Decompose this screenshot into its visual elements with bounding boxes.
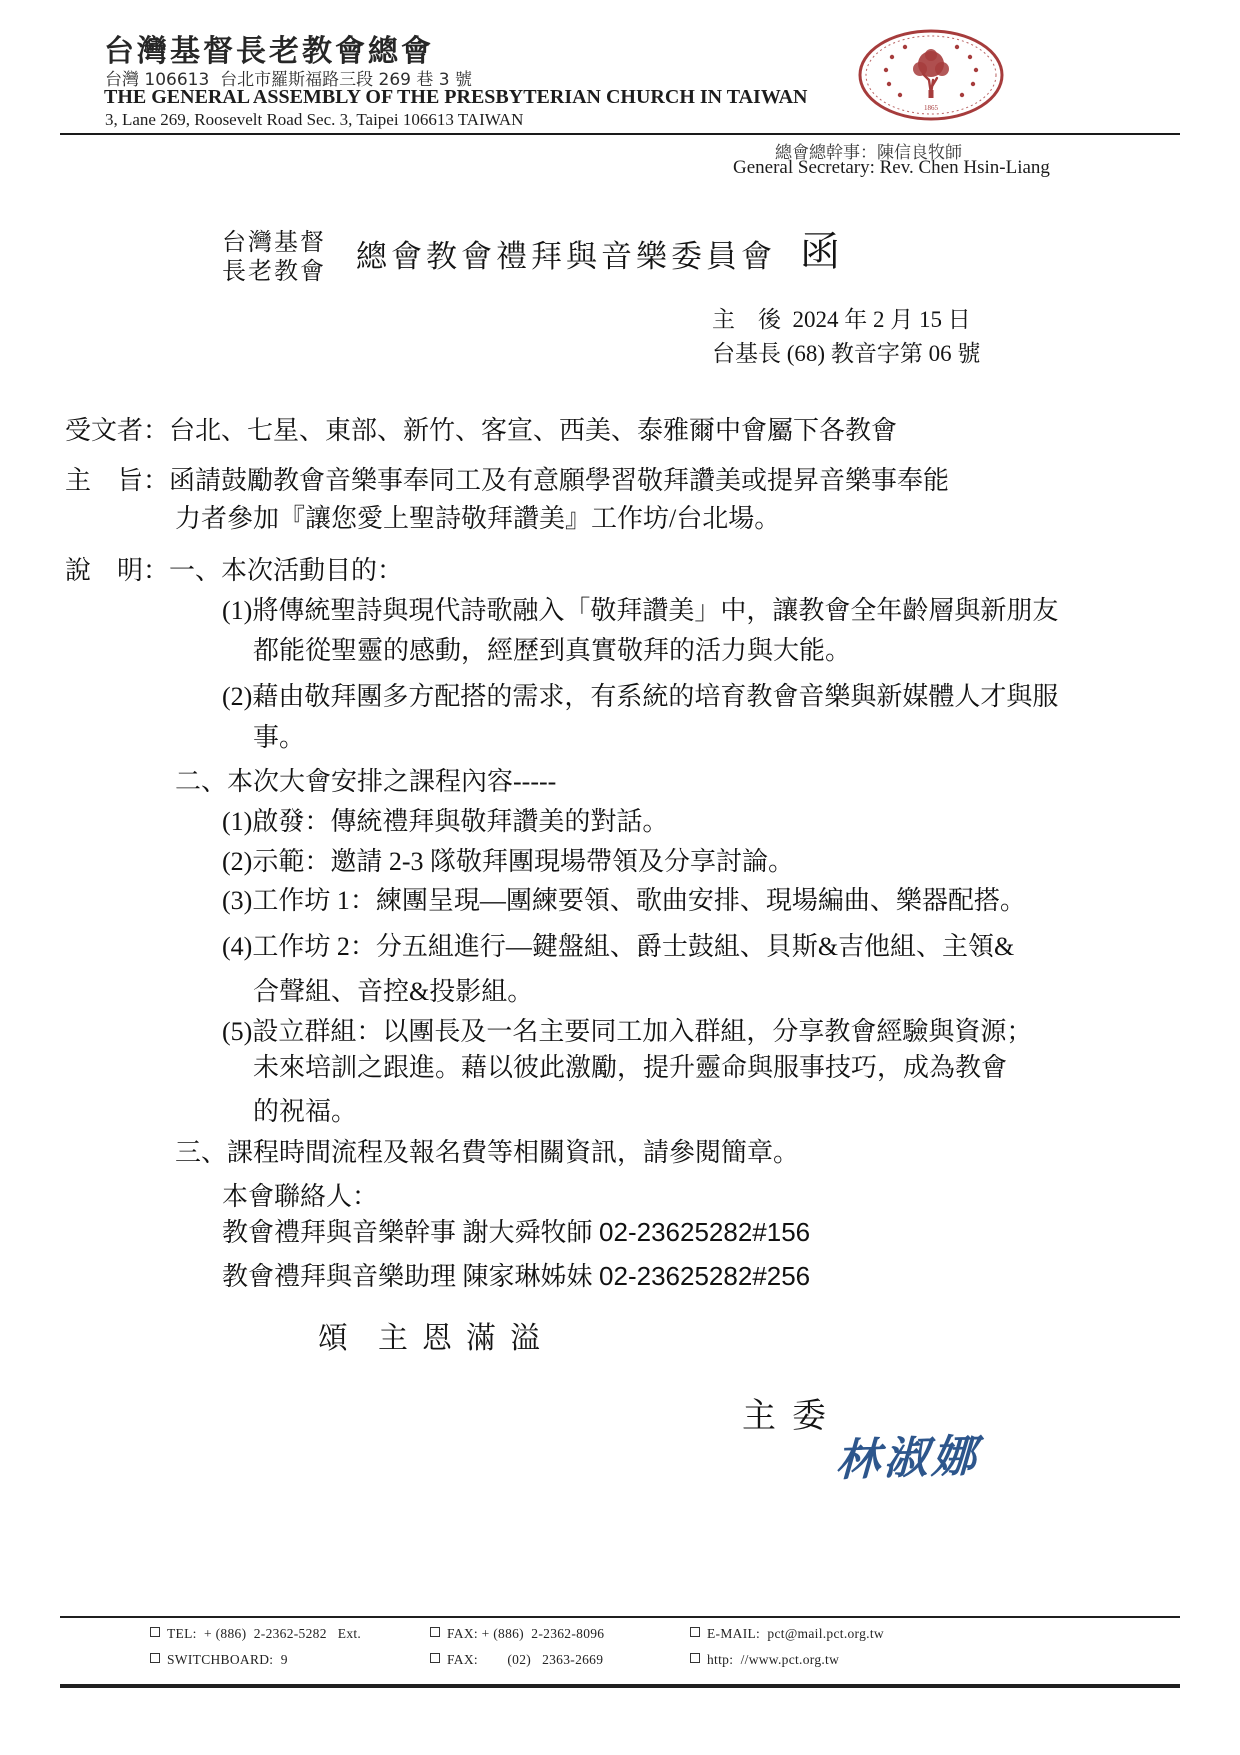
s1-item2-line1: (2)藉由敬拜團多方配搭的需求，有系統的培育教會音樂與新媒體人才與服 bbox=[222, 676, 1058, 713]
s2-item4-line2: 合聲組、音控&投影組。 bbox=[253, 971, 533, 1008]
footer-website-text: http: //www.pct.org.tw bbox=[707, 1652, 839, 1667]
footer-tel-text: TEL: + (886) 2-2362-5282 Ext. bbox=[167, 1626, 361, 1641]
footer-fax1-text: FAX: + (886) 2-2362-8096 bbox=[447, 1626, 604, 1641]
checkbox-icon bbox=[150, 1627, 160, 1637]
document-type: 函 bbox=[800, 220, 842, 277]
s2-item3: (3)工作坊 1：練團呈現—團練要領、歌曲安排、現場編曲、樂器配搭。 bbox=[222, 880, 1026, 917]
subject-label: 主 旨： bbox=[65, 460, 169, 497]
s2-item5-line1: (5)設立群組：以團長及一名主要同工加入群組，分享教會經驗與資源； bbox=[222, 1011, 1032, 1048]
s1-item1-line1: (1)將傳統聖詩與現代詩歌融入「敬拜讚美」中，讓教會全年齡層與新朋友 bbox=[222, 590, 1058, 627]
explanation-label: 說 明： bbox=[65, 550, 169, 587]
contact-phone: 02-23625282#156 bbox=[599, 1217, 810, 1247]
s2-item1: (1)啟發：傳統禮拜與敬拜讚美的對話。 bbox=[222, 801, 668, 838]
recipient-value: 台北、七星、東部、新竹、客宣、西美、泰雅爾中會屬下各教會 bbox=[169, 416, 897, 445]
committee-name: 總會教會禮拜與音樂委員會 bbox=[356, 231, 776, 276]
footer-email-text: E-MAIL: pct@mail.pct.org.tw bbox=[707, 1626, 884, 1641]
footer-fax-1: FAX: + (886) 2-2362-8096 bbox=[430, 1626, 604, 1642]
contact-role: 教會禮拜與音樂助理 bbox=[222, 1262, 456, 1291]
org-name-zh: 台灣基督長老教會總會 bbox=[104, 26, 434, 70]
footer-fax-2: FAX: (02) 2363-2669 bbox=[430, 1652, 603, 1668]
blessing-line: 頌主恩滿溢 bbox=[318, 1313, 554, 1357]
date-line: 主 後 2024 年 2 月 15 日 bbox=[712, 301, 971, 334]
ref-number-line: 台基長 (68) 教音字第 06 號 bbox=[712, 335, 980, 368]
blessing-text: 主恩滿溢 bbox=[378, 1322, 554, 1355]
chair-signature: 林淑娜 bbox=[835, 1419, 981, 1488]
footer-switchboard: SWITCHBOARD: 9 bbox=[150, 1652, 288, 1668]
footer-email: E-MAIL: pct@mail.pct.org.tw bbox=[690, 1626, 884, 1642]
checkbox-icon bbox=[430, 1627, 440, 1637]
header-divider bbox=[60, 133, 1180, 135]
recipient-label: 受文者： bbox=[65, 410, 169, 447]
section3-title: 三、課程時間流程及報名費等相關資訊，請參閱簡章。 bbox=[175, 1132, 799, 1169]
footer-website: http: //www.pct.org.tw bbox=[690, 1652, 839, 1668]
s1-item1-line2: 都能從聖靈的感動，經歷到真實敬拜的活力與大能。 bbox=[253, 630, 851, 667]
contact-phone: 02-23625282#256 bbox=[599, 1261, 810, 1291]
subject-line-1: 主 旨：函請鼓勵教會音樂事奉同工及有意願學習敬拜讚美或提昇音樂事奉能 bbox=[65, 460, 949, 497]
s2-item4-line1: (4)工作坊 2：分五組進行—鍵盤組、爵士鼓組、貝斯&吉他組、主領& bbox=[222, 926, 1014, 963]
footer-fax2-text: FAX: (02) 2363-2669 bbox=[447, 1652, 603, 1667]
contact-line: 教會禮拜與音樂幹事 謝大舜牧師 02-23625282#156 bbox=[222, 1212, 810, 1249]
recipient-line: 受文者：台北、七星、東部、新竹、客宣、西美、泰雅爾中會屬下各教會 bbox=[65, 410, 897, 447]
contact-name: 謝大舜牧師 bbox=[463, 1218, 593, 1247]
footer-divider-top bbox=[60, 1616, 1180, 1618]
svg-text:1865: 1865 bbox=[924, 104, 939, 112]
contact-role: 教會禮拜與音樂幹事 bbox=[222, 1218, 456, 1247]
s2-item5-line3: 的祝福。 bbox=[253, 1091, 357, 1128]
contact-name: 陳家琳姊妹 bbox=[463, 1262, 593, 1291]
blessing-first-char: 頌 bbox=[318, 1322, 348, 1355]
contact-header: 本會聯絡人： bbox=[222, 1176, 378, 1213]
section1-title: 一、本次活動目的： bbox=[169, 556, 403, 585]
org-name-en: THE GENERAL ASSEMBLY OF THE PRESBYTERIAN… bbox=[104, 86, 808, 109]
s2-item5-line2: 未來培訓之跟進。藉以彼此激勵，提升靈命與服事技巧，成為教會 bbox=[253, 1047, 1007, 1084]
checkbox-icon bbox=[690, 1653, 700, 1663]
explanation-line: 說 明：一、本次活動目的： bbox=[65, 550, 403, 587]
s1-item2-line2: 事。 bbox=[253, 717, 305, 754]
org-address-en: 3, Lane 269, Roosevelt Road Sec. 3, Taip… bbox=[105, 110, 523, 130]
church-seal-icon: 1865 bbox=[856, 28, 1006, 122]
letter-page: { "header": { "org_name_zh": "台灣基督長老教會總會… bbox=[0, 0, 1240, 1755]
subject-line-2: 力者參加『讓您愛上聖詩敬拜讚美』工作坊/台北場。 bbox=[175, 498, 780, 535]
s2-item2: (2)示範：邀請 2-3 隊敬拜團現場帶領及分享討論。 bbox=[222, 841, 794, 878]
footer-switchboard-text: SWITCHBOARD: 9 bbox=[167, 1652, 288, 1667]
general-secretary-en: General Secretary: Rev. Chen Hsin-Liang bbox=[733, 157, 1050, 179]
checkbox-icon bbox=[430, 1653, 440, 1663]
footer-tel: TEL: + (886) 2-2362-5282 Ext. bbox=[150, 1626, 361, 1642]
subject-text-1: 函請鼓勵教會音樂事奉同工及有意願學習敬拜讚美或提昇音樂事奉能 bbox=[169, 466, 949, 495]
contact-line: 教會禮拜與音樂助理 陳家琳姊妹 02-23625282#256 bbox=[222, 1256, 810, 1293]
title-org-line2: 長老教會 bbox=[222, 251, 326, 286]
section2-title: 二、本次大會安排之課程內容----- bbox=[175, 761, 556, 798]
chair-title: 主委 bbox=[742, 1388, 842, 1437]
footer-divider-bottom bbox=[60, 1684, 1180, 1688]
checkbox-icon bbox=[150, 1653, 160, 1663]
checkbox-icon bbox=[690, 1627, 700, 1637]
